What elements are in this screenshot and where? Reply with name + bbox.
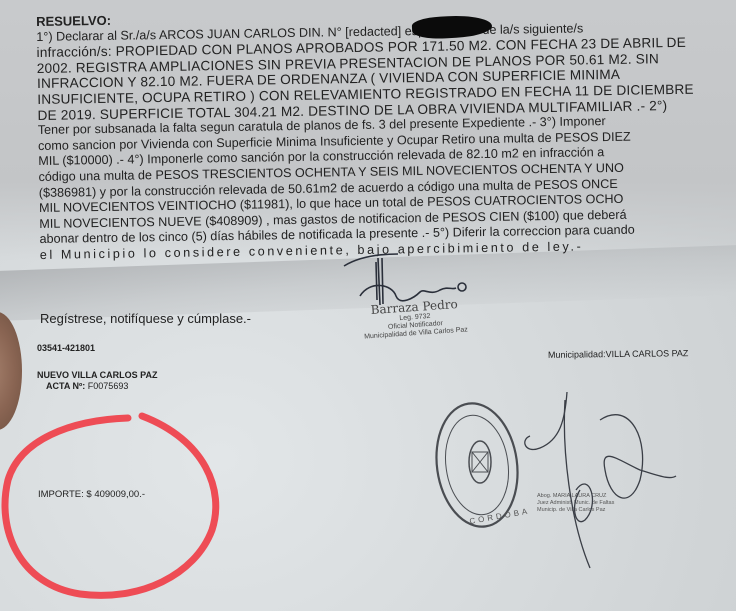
judge-signature-icon — [525, 392, 676, 568]
officer-signature-icon — [344, 254, 466, 305]
stamp-city-text: CORDOBA — [469, 506, 531, 526]
highlight-circle-icon — [5, 416, 216, 595]
annotations-overlay: CORDOBA — [0, 0, 736, 611]
